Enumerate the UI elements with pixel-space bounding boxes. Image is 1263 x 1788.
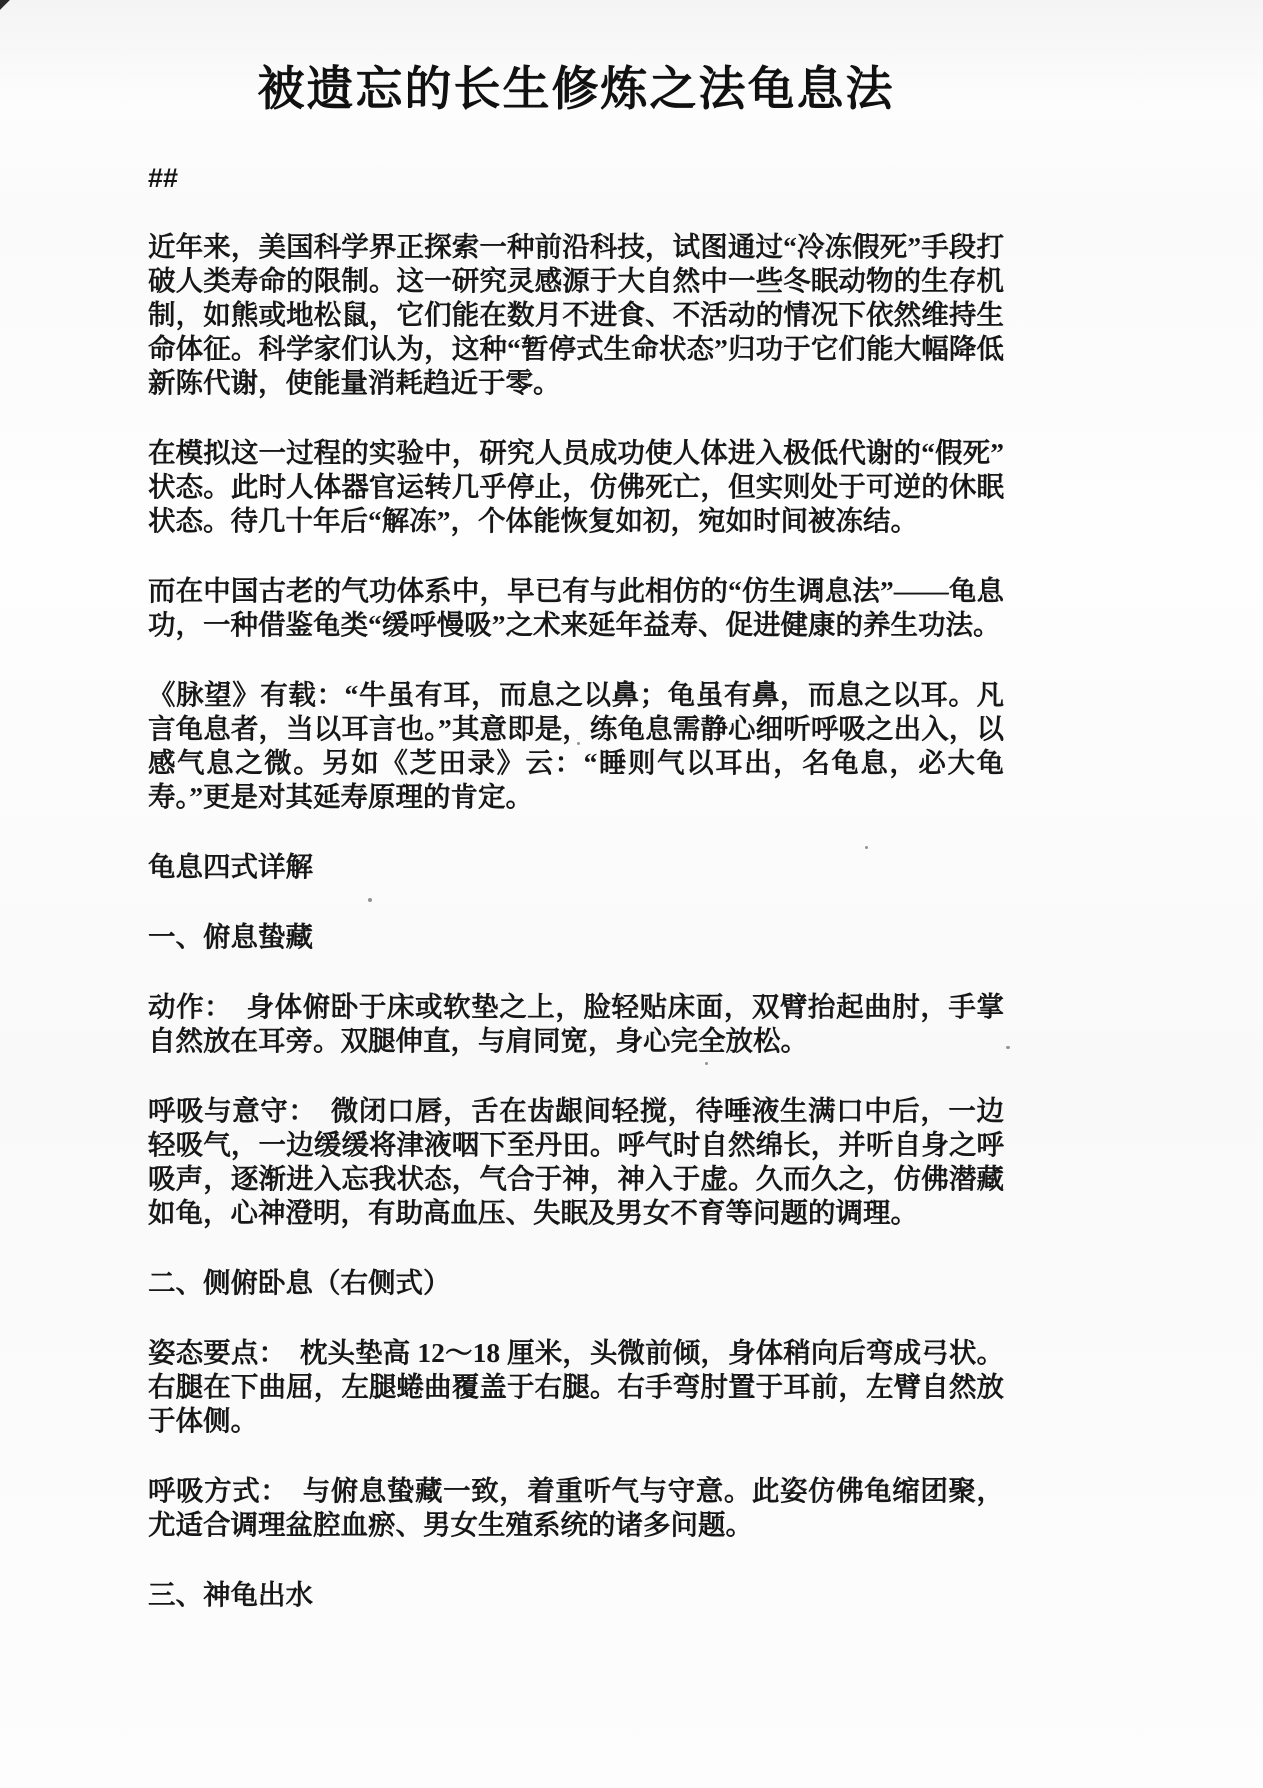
paragraph: 姿态要点： 枕头垫高 12～18 厘米，头微前倾，身体稍向后弯成弓状。右腿在下曲… xyxy=(148,1336,1004,1438)
paragraph: 《脉望》有载：“牛虽有耳，而息之以鼻；龟虽有鼻，而息之以耳。凡言龟息者，当以耳言… xyxy=(148,678,1004,814)
scan-speck xyxy=(1006,1046,1010,1049)
paragraph: 在模拟这一过程的实验中，研究人员成功使人体进入极低代谢的“假死”状态。此时人体器… xyxy=(148,436,1004,538)
scan-speck xyxy=(865,846,868,849)
paragraph: 而在中国古老的气功体系中，早已有与此相仿的“仿生调息法”——龟息功，一种借鉴龟类… xyxy=(148,574,1004,642)
markdown-hash-marker: ## xyxy=(148,163,1004,194)
section-heading: 龟息四式详解 xyxy=(148,850,1004,884)
document-content: 被遗忘的长生修炼之法龟息法 ## 近年来，美国科学界正探索一种前沿科技，试图通过… xyxy=(148,52,1004,1648)
paragraph: 近年来，美国科学界正探索一种前沿科技，试图通过“冷冻假死”手段打破人类寿命的限制… xyxy=(148,230,1004,400)
paragraph: 呼吸方式： 与俯息蛰藏一致，着重听气与守意。此姿仿佛龟缩团聚，尤适合调理盆腔血瘀… xyxy=(148,1474,1004,1542)
paragraphs: 近年来，美国科学界正探索一种前沿科技，试图通过“冷冻假死”手段打破人类寿命的限制… xyxy=(148,230,1004,1612)
section-heading: 一、俯息蛰藏 xyxy=(148,920,1004,954)
section-heading: 三、神龟出水 xyxy=(148,1578,1004,1612)
scan-speck xyxy=(577,742,580,745)
scan-speck xyxy=(368,898,372,902)
document-title: 被遗忘的长生修炼之法龟息法 xyxy=(148,52,1004,119)
scanned-document-page: 被遗忘的长生修炼之法龟息法 ## 近年来，美国科学界正探索一种前沿科技，试图通过… xyxy=(0,0,1263,1788)
paragraph: 呼吸与意守： 微闭口唇，舌在齿龈间轻搅，待唾液生满口中后，一边轻吸气，一边缓缓将… xyxy=(148,1094,1004,1230)
paragraph: 动作： 身体俯卧于床或软垫之上，脸轻贴床面，双臂抬起曲肘，手掌自然放在耳旁。双腿… xyxy=(148,990,1004,1058)
section-heading: 二、侧俯卧息（右侧式） xyxy=(148,1266,1004,1300)
scan-speck xyxy=(705,1062,708,1065)
scan-corner-artifact xyxy=(0,0,10,10)
